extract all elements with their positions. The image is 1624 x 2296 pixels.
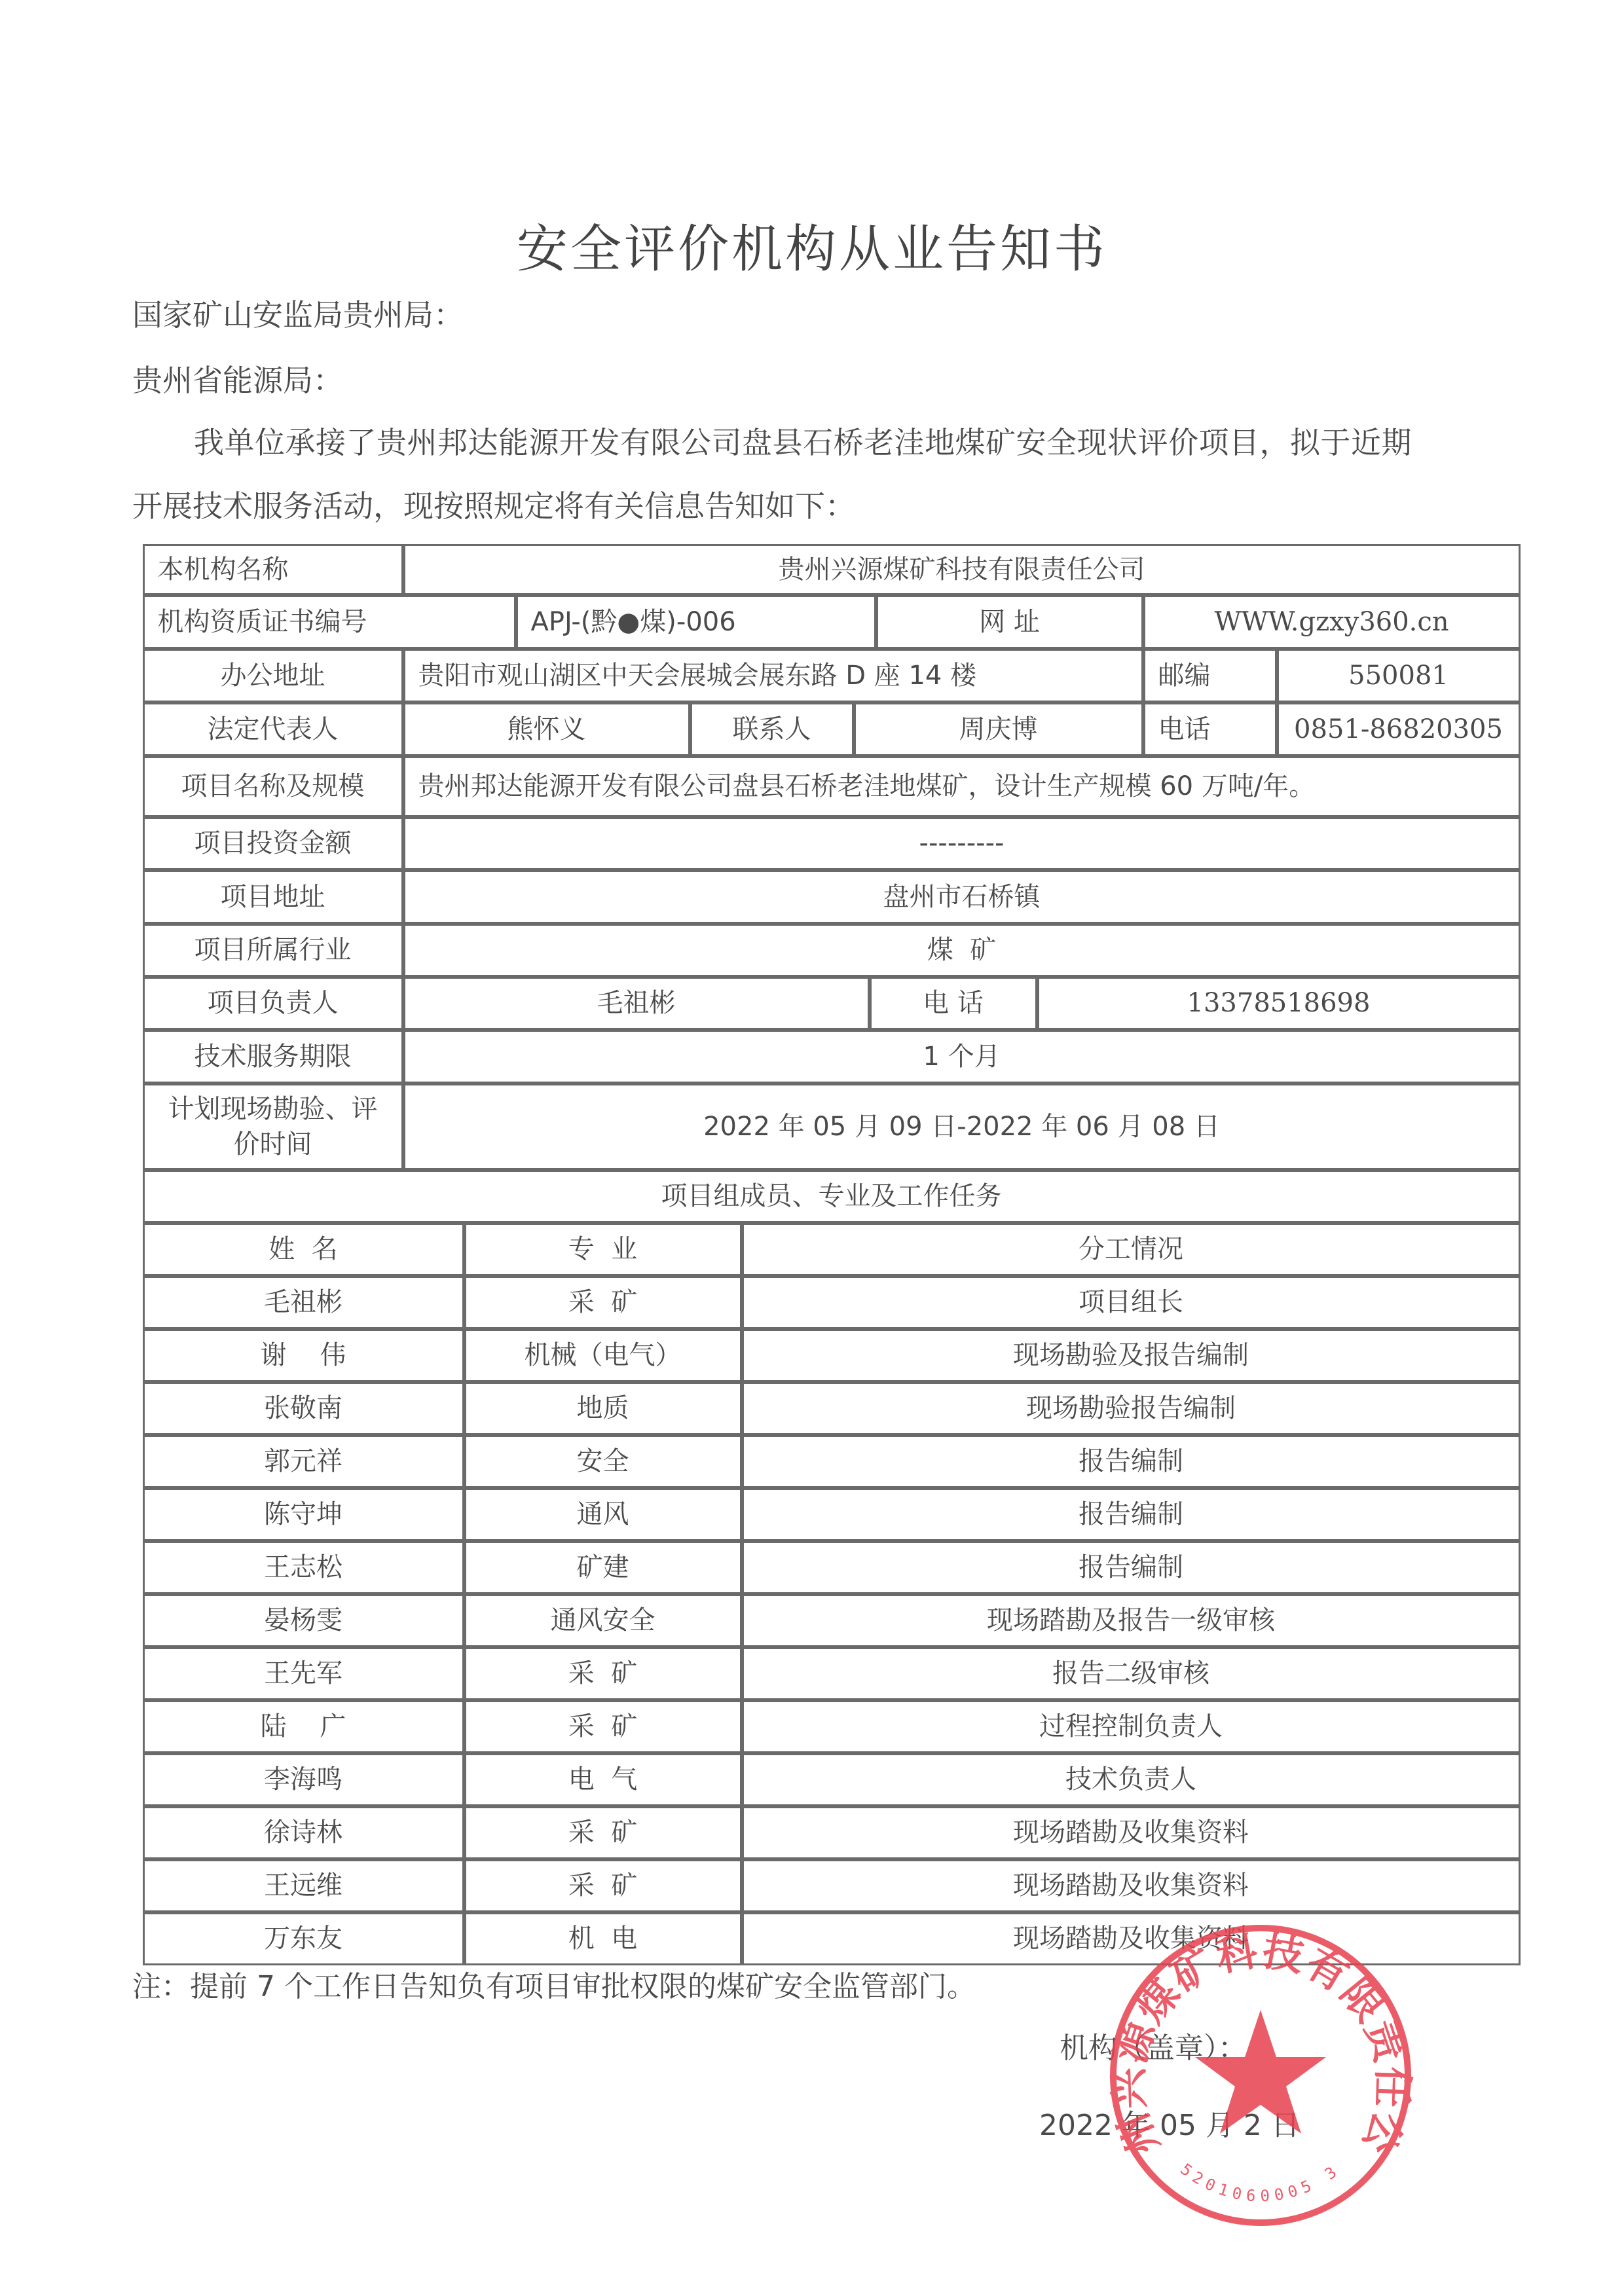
member-name: 徐诗林: [143, 1806, 464, 1859]
member-name: 王先军: [143, 1647, 464, 1700]
member-name: 李海鸣: [143, 1753, 464, 1806]
svg-text:5201060005 3: 5201060005 3: [1177, 2160, 1344, 2205]
footer-note: 注：提前 7 个工作日告知负有项目审批权限的煤矿安全监管部门。: [132, 1963, 976, 2005]
member-task: 报告编制: [742, 1541, 1521, 1594]
member-name: 陈守坤: [143, 1488, 464, 1541]
member-major: 通风安全: [464, 1594, 742, 1647]
member-task: 现场踏勘及收集资料: [742, 1806, 1521, 1859]
member-name: 郭元祥: [143, 1435, 464, 1488]
member-major: 采 矿: [464, 1647, 742, 1700]
member-major: 地质: [464, 1382, 742, 1435]
member-task: 报告二级审核: [742, 1647, 1521, 1700]
member-task: 过程控制负责人: [742, 1700, 1521, 1753]
member-major: 电 气: [464, 1753, 742, 1806]
header-major: 专 业: [464, 1223, 742, 1276]
member-task: 现场勘验报告编制: [742, 1382, 1521, 1435]
member-major: 通风: [464, 1488, 742, 1541]
member-name: 万东友: [143, 1912, 464, 1965]
member-task: 现场踏勘及报告一级审核: [742, 1594, 1521, 1647]
member-name: 王远维: [143, 1859, 464, 1912]
company-seal-icon: 贵州兴源煤矿科技有限责任公司 5201060005 3: [1107, 1922, 1414, 2229]
member-major: 采 矿: [464, 1859, 742, 1912]
member-major: 矿建: [464, 1541, 742, 1594]
member-task: 现场踏勘及收集资料: [742, 1859, 1521, 1912]
member-major: 安全: [464, 1435, 742, 1488]
member-name: 谢 伟: [143, 1329, 464, 1382]
member-major: 采 矿: [464, 1276, 742, 1329]
seal-star-icon: [1195, 2010, 1326, 2134]
member-task: 现场勘验及报告编制: [742, 1329, 1521, 1382]
member-task: 报告编制: [742, 1488, 1521, 1541]
member-name: 晏杨雯: [143, 1594, 464, 1647]
seal-code: 5201060005 3: [1177, 2160, 1344, 2205]
member-name: 陆 广: [143, 1700, 464, 1753]
members-section-title: 项目组成员、专业及工作任务: [143, 1170, 1521, 1223]
member-name: 张敬南: [143, 1382, 464, 1435]
member-major: 采 矿: [464, 1700, 742, 1753]
member-name: 王志松: [143, 1541, 464, 1594]
member-task: 技术负责人: [742, 1753, 1521, 1806]
member-task: 项目组长: [742, 1276, 1521, 1329]
member-major: 机械（电气）: [464, 1329, 742, 1382]
header-task: 分工情况: [742, 1223, 1521, 1276]
member-task: 报告编制: [742, 1435, 1521, 1488]
header-name: 姓 名: [143, 1223, 464, 1276]
member-major: 采 矿: [464, 1806, 742, 1859]
member-name: 毛祖彬: [143, 1276, 464, 1329]
member-major: 机 电: [464, 1912, 742, 1965]
